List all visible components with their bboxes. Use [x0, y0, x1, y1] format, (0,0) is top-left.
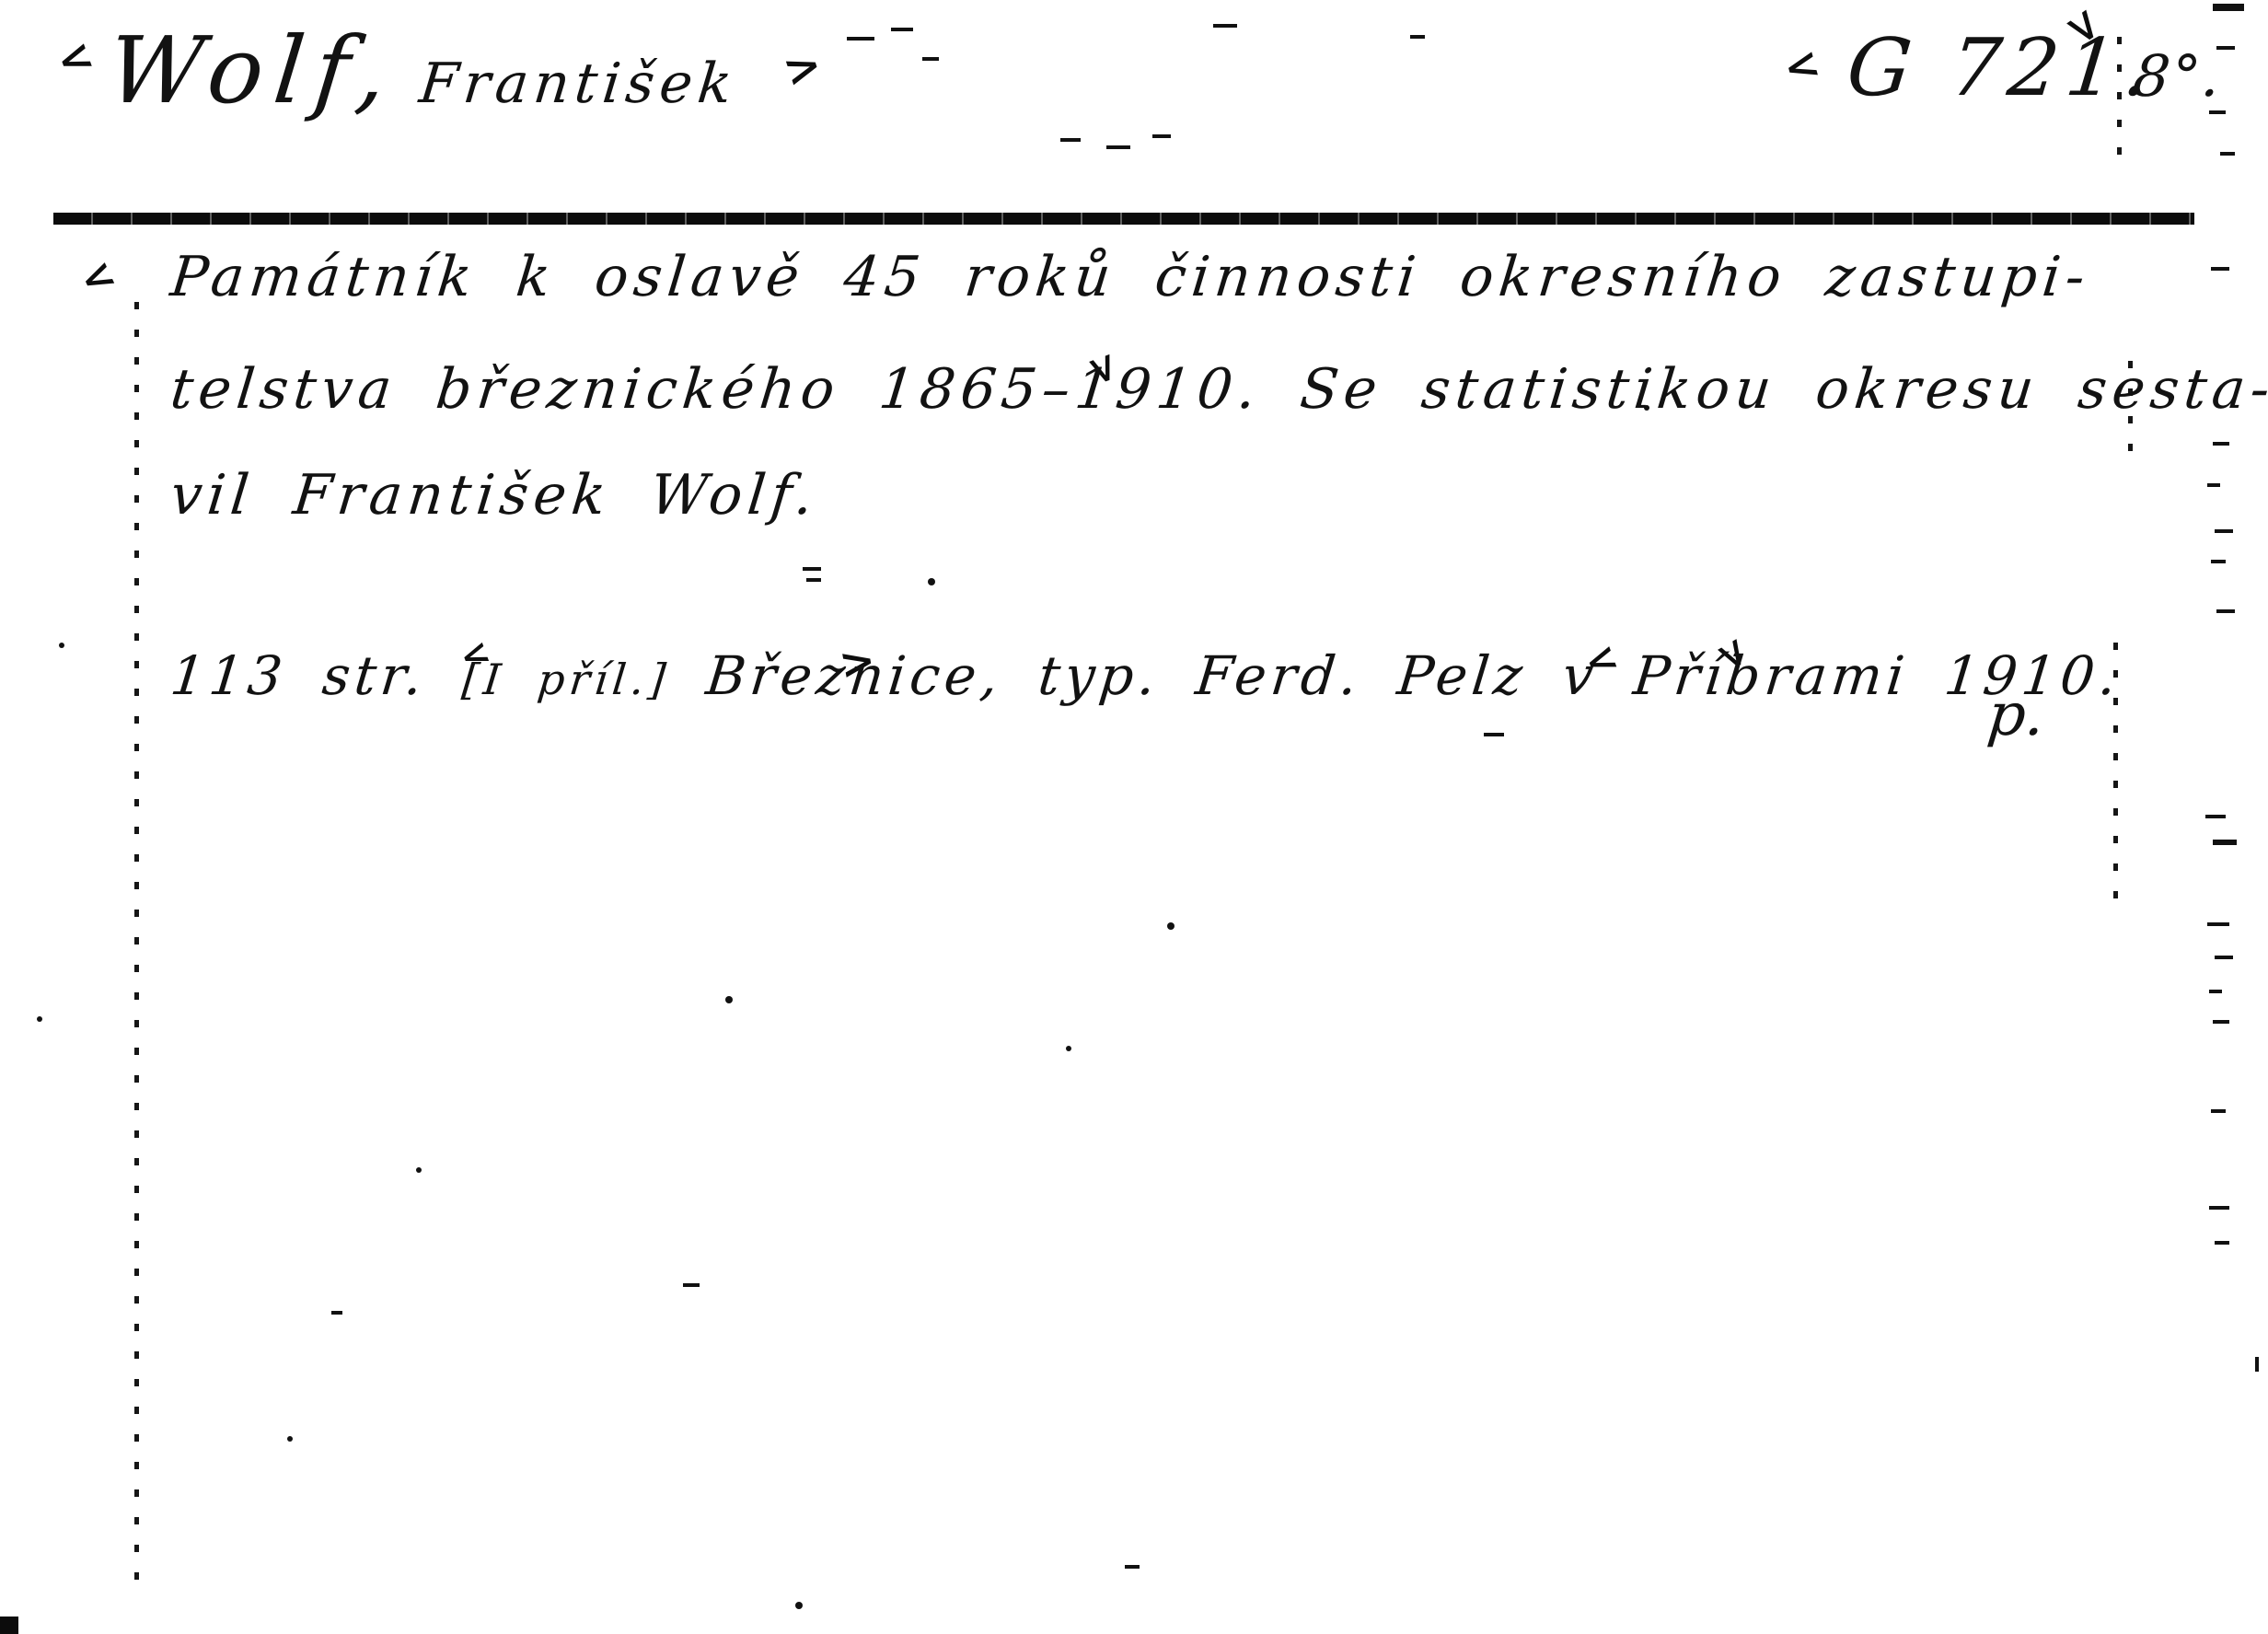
noise-dash: [2209, 110, 2226, 114]
ink-speck: [287, 1436, 293, 1442]
noise-dash: [2205, 815, 2226, 818]
noise-dash: [847, 37, 874, 41]
noise-dash: [2215, 956, 2233, 959]
title-line-3: vil František Wolf.: [168, 463, 822, 527]
noise-dash: [891, 28, 913, 31]
noise-dash: [2220, 152, 2235, 156]
ink-speck: [928, 578, 935, 585]
noise-dash: [1152, 134, 1171, 138]
ink-speck: [1167, 922, 1174, 930]
noise-dash: [2207, 483, 2220, 487]
noise-dash: [2209, 990, 2222, 993]
noise-dash: [2211, 560, 2226, 563]
noise-dash: [922, 57, 939, 61]
imprint-pages: 113 str.: [168, 644, 430, 707]
noise-dash: [2211, 267, 2229, 271]
noise-dash: [2209, 1206, 2229, 1210]
title-line-1: Památník k oslavě 45 roků činnosti okres…: [168, 245, 2093, 309]
noise-dash: [2216, 46, 2235, 50]
proof-mark-close-icon: >: [779, 41, 827, 95]
ink-speck: [59, 643, 64, 648]
ink-speck: [803, 567, 821, 571]
noise-dash: [2213, 1020, 2229, 1024]
noise-dash: [1106, 145, 1130, 149]
author-surname: Wolf,: [103, 17, 403, 124]
imprint-insert: [I příl.]: [460, 655, 673, 704]
ink-speck: [806, 578, 821, 582]
ink-speck: [331, 1311, 342, 1315]
noise-dash: [2213, 4, 2244, 11]
card-heading: Wolf, František: [103, 17, 744, 124]
format-statement: 8°.: [2130, 42, 2226, 110]
author-given-name: František: [416, 52, 740, 116]
catalog-card: < Wolf, František > < G 721. > 8°. < Pam…: [0, 0, 2268, 1634]
ink-speck: [725, 996, 733, 1003]
ink-speck: [1066, 1046, 1071, 1051]
noise-dash: [2213, 442, 2229, 446]
proof-mark-open-icon: <: [74, 252, 121, 303]
proof-mark-open-icon: <: [51, 32, 98, 84]
imprint-publication: Březnice, typ. Ferd. Pelz v Příbrami 191…: [703, 644, 2123, 707]
noise-dash: [2215, 529, 2233, 533]
ink-speck: [1125, 1565, 1140, 1569]
noise-dash: [1410, 35, 1425, 39]
proof-mark-open-icon: <: [1779, 41, 1824, 90]
noise-dash: [2216, 609, 2235, 613]
dotted-divider-header: [2117, 37, 2122, 155]
ink-speck: [1484, 733, 1504, 736]
annotation-note: p.: [1984, 681, 2048, 749]
left-margin-dotted-line: [134, 302, 139, 1587]
noise-dash: [2211, 1109, 2226, 1113]
noise-dash: [2207, 922, 2229, 926]
noise-dash: [1213, 24, 1237, 28]
ink-speck: [37, 1016, 42, 1022]
noise-dash: [2215, 1241, 2229, 1245]
imprint-line: 113 str. [I příl.] Březnice, typ. Ferd. …: [168, 644, 2123, 707]
heading-rule: [53, 213, 2194, 225]
title-line-2: telstva březnického 1865–1910. Se statis…: [168, 357, 2268, 422]
noise-dash: [1060, 138, 1081, 142]
shelfmark: G 721.: [1843, 22, 2161, 114]
ink-speck: [1644, 405, 1649, 411]
ink-speck: [683, 1283, 700, 1287]
ink-speck: [795, 1602, 803, 1609]
ink-speck: [416, 1167, 422, 1173]
scan-corner-blob: [0, 1617, 18, 1634]
noise-dash: [2255, 1357, 2259, 1372]
noise-dash: [2213, 840, 2237, 845]
